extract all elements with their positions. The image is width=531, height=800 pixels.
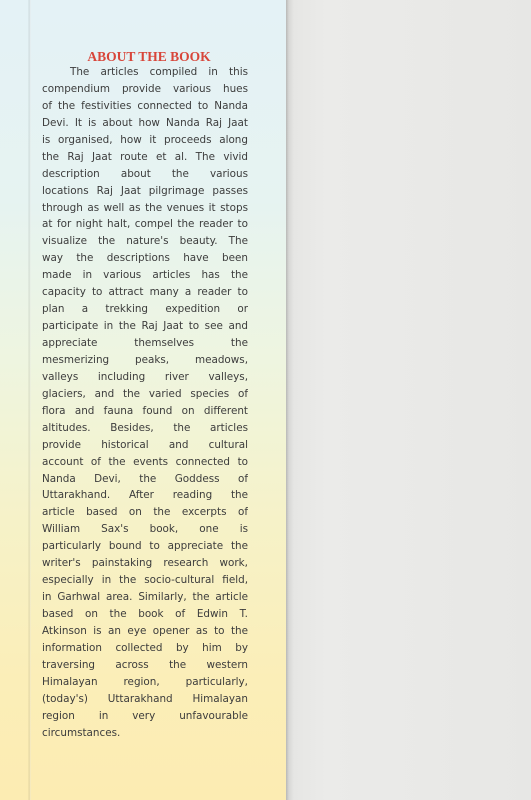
text-line: plan a trekking expedition or	[42, 301, 248, 318]
text-line: circumstances.	[42, 725, 248, 742]
text-line: especially in the socio-cultural field,	[42, 572, 248, 589]
text-line: information collected by him by	[42, 640, 248, 657]
about-the-book-text: The articles compiled in thiscompendium …	[42, 64, 248, 742]
text-line: (today's) Uttarakhand Himalayan	[42, 691, 248, 708]
text-line: visualize the nature's beauty. The	[42, 233, 248, 250]
text-line: William Sax's book, one is	[42, 521, 248, 538]
flap-fold-line	[28, 0, 31, 800]
text-line: article based on the excerpts of	[42, 504, 248, 521]
blank-inner-page	[286, 0, 531, 800]
text-line: Atkinson is an eye opener as to the	[42, 623, 248, 640]
text-line: provide historical and cultural	[42, 437, 248, 454]
text-line: Uttarakhand. After reading the	[42, 487, 248, 504]
book-jacket-flap: ABOUT THE BOOK The articles compiled in …	[0, 0, 286, 800]
text-line: Nanda Devi, the Goddess of	[42, 471, 248, 488]
flap-title: ABOUT THE BOOK	[0, 49, 286, 65]
text-line: Devi. It is about how Nanda Raj Jaat	[42, 115, 248, 132]
text-line: region in very unfavourable	[42, 708, 248, 725]
text-line: valleys including river valleys,	[42, 369, 248, 386]
text-line: participate in the Raj Jaat to see and	[42, 318, 248, 335]
text-line: glaciers, and the varied species of	[42, 386, 248, 403]
text-line: the Raj Jaat route et al. The vivid	[42, 149, 248, 166]
text-line: locations Raj Jaat pilgrimage passes	[42, 183, 248, 200]
text-line: account of the events connected to	[42, 454, 248, 471]
text-line: through as well as the venues it stops	[42, 200, 248, 217]
text-line: at for night halt, compel the reader to	[42, 216, 248, 233]
text-line: based on the book of Edwin T.	[42, 606, 248, 623]
text-line: Himalayan region, particularly,	[42, 674, 248, 691]
text-line: altitudes. Besides, the articles	[42, 420, 248, 437]
text-line: flora and fauna found on different	[42, 403, 248, 420]
text-line: description about the various	[42, 166, 248, 183]
text-line: of the festivities connected to Nanda	[42, 98, 248, 115]
text-line: traversing across the western	[42, 657, 248, 674]
text-line: capacity to attract many a reader to	[42, 284, 248, 301]
text-line: appreciate themselves the	[42, 335, 248, 352]
text-line: The articles compiled in this	[42, 64, 248, 81]
text-line: compendium provide various hues	[42, 81, 248, 98]
text-line: made in various articles has the	[42, 267, 248, 284]
text-line: way the descriptions have been	[42, 250, 248, 267]
text-line: mesmerizing peaks, meadows,	[42, 352, 248, 369]
text-line: particularly bound to appreciate the	[42, 538, 248, 555]
text-line: writer's painstaking research work,	[42, 555, 248, 572]
text-line: is organised, how it proceeds along	[42, 132, 248, 149]
text-line: in Garhwal area. Similarly, the article	[42, 589, 248, 606]
